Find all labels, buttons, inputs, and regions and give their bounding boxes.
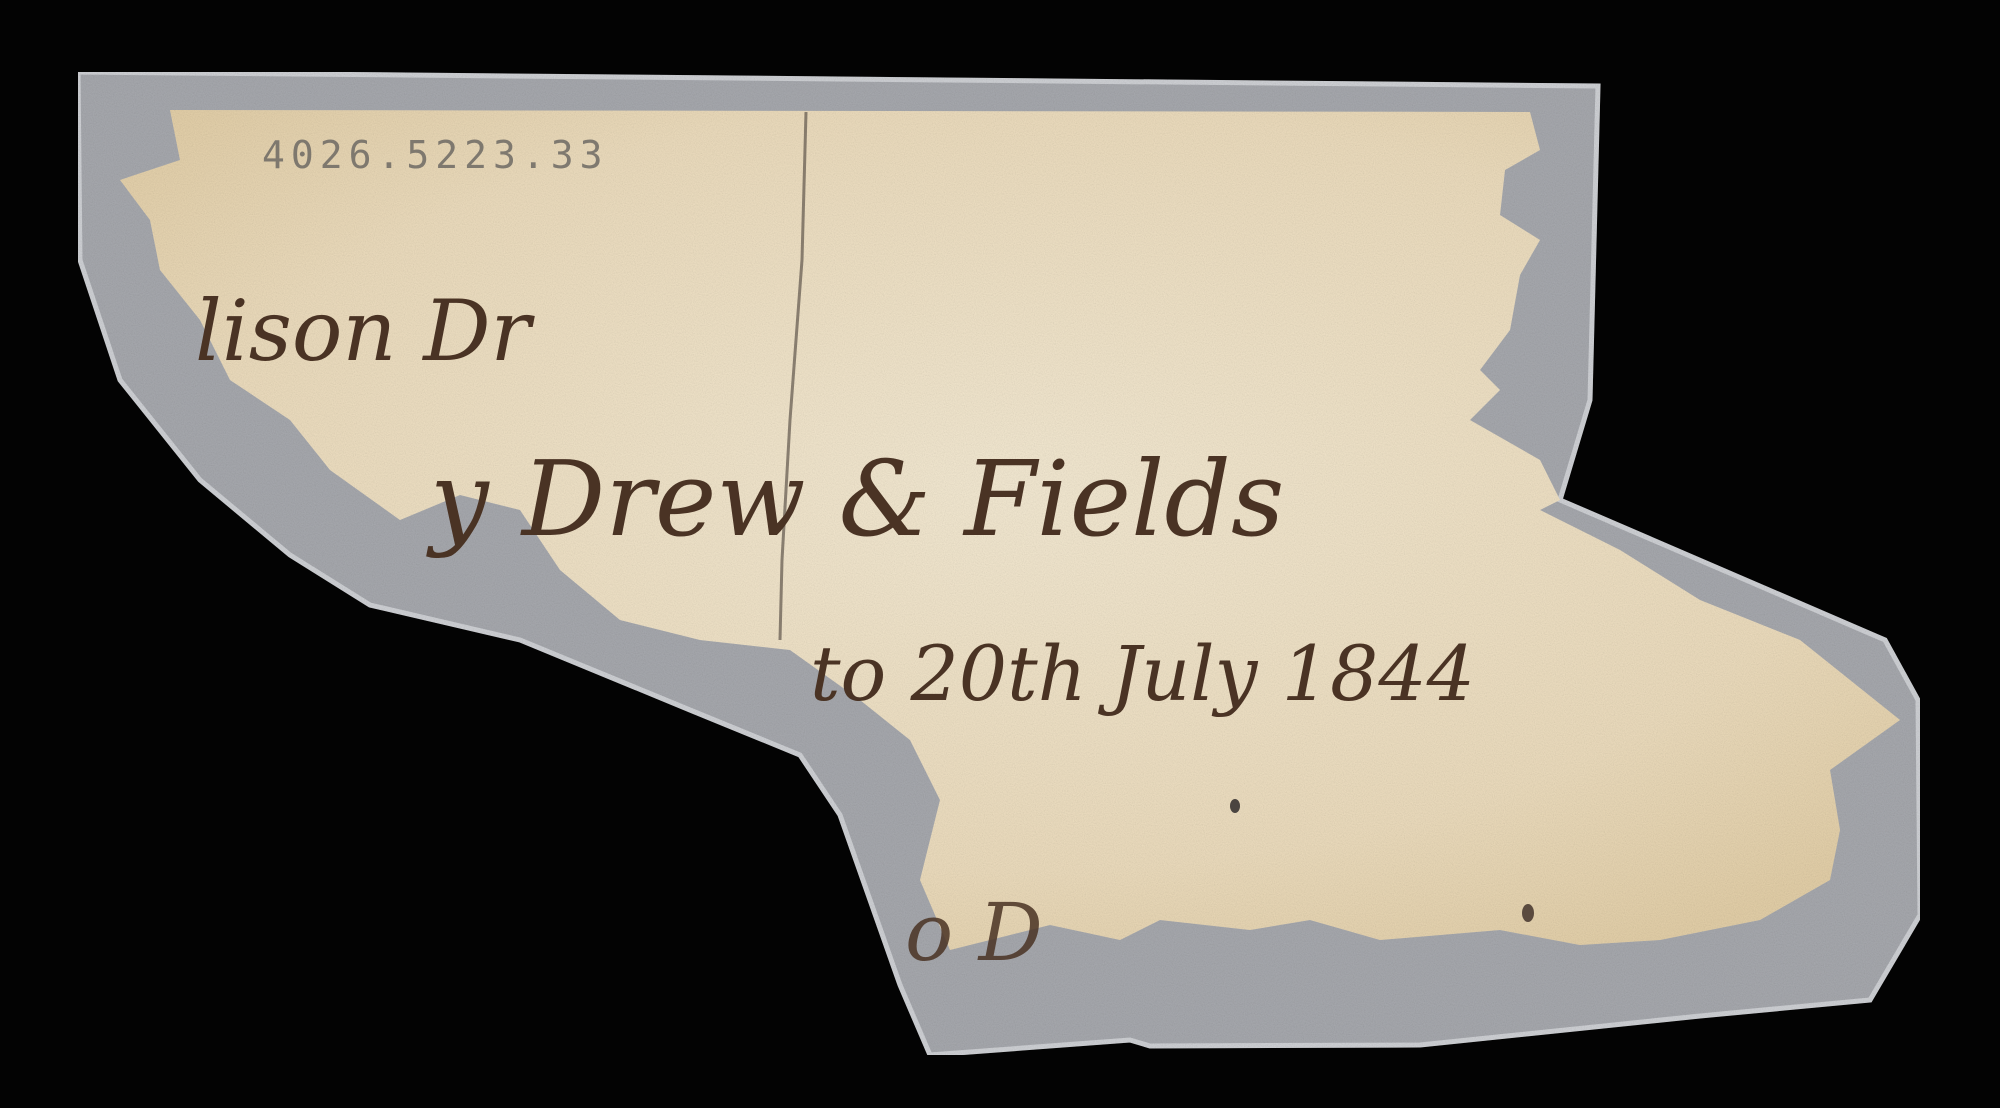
- handwritten-line-4: o D: [905, 886, 1043, 979]
- handwritten-line-2: y Drew & Fields: [426, 438, 1284, 560]
- catalog-number: 4026.5223.33: [262, 133, 609, 177]
- ink-speck: [1230, 799, 1240, 813]
- handwritten-line-3: to 20th July 1844: [810, 629, 1475, 718]
- handwritten-line-1: lison Dr: [195, 282, 536, 380]
- document-photo: 4026.5223.33 lison Dr y Drew & Fields to…: [0, 0, 2000, 1108]
- ink-speck: [1522, 904, 1534, 922]
